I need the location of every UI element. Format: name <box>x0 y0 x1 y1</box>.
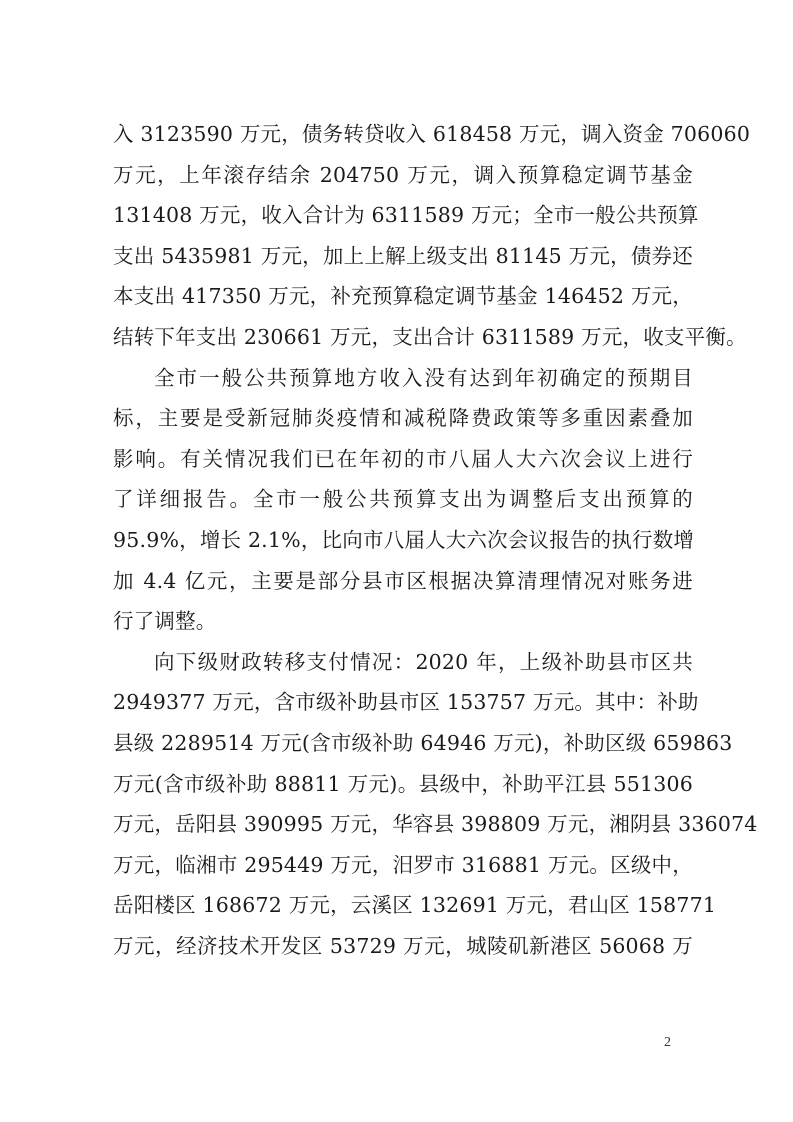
text-line: 万元，岳阳县 390995 万元，华容县 398809 万元，湘阴县 33607… <box>113 804 693 845</box>
text-line: 了详细报告。全市一般公共预算支出为调整后支出预算的 <box>113 479 693 520</box>
text-line: 影响。有关情况我们已在年初的市八届人大六次会议上进行 <box>113 439 693 480</box>
text-line: 本支出 417350 万元，补充预算稳定调节基金 146452 万元， <box>113 276 693 317</box>
text-line: 万元，临湘市 295449 万元，汨罗市 316881 万元。区级中， <box>113 845 693 886</box>
document-page: 入 3123590 万元，债务转贷收入 618458 万元，调入资金 70606… <box>0 0 793 1122</box>
paragraph-revenue-expenditure-summary: 入 3123590 万元，债务转贷收入 618458 万元，调入资金 70606… <box>113 114 693 358</box>
text-line: 岳阳楼区 168672 万元，云溪区 132691 万元，君山区 158771 <box>113 885 693 926</box>
text-line: 行了调整。 <box>113 601 693 642</box>
text-line: 结转下年支出 230661 万元，支出合计 6311589 万元，收支平衡。 <box>113 317 693 358</box>
text-line: 支出 5435981 万元，加上上解上级支出 81145 万元，债券还 <box>113 236 693 277</box>
text-line: 万元(含市级补助 88811 万元)。县级中，补助平江县 551306 <box>113 764 693 805</box>
text-line: 95.9%，增长 2.1%，比向市八届人大六次会议报告的执行数增 <box>113 520 693 561</box>
text-line: 县级 2289514 万元(含市级补助 64946 万元)，补助区级 65986… <box>113 723 693 764</box>
text-line: 万元，上年滚存结余 204750 万元，调入预算稳定调节基金 <box>113 155 693 196</box>
body-text: 入 3123590 万元，债务转贷收入 618458 万元，调入资金 70606… <box>113 114 693 966</box>
paragraph-transfer-payments: 向下级财政转移支付情况：2020 年，上级补助县市区共 2949377 万元，含… <box>113 642 693 967</box>
text-line: 标，主要是受新冠肺炎疫情和减税降费政策等多重因素叠加 <box>113 398 693 439</box>
text-line: 加 4.4 亿元，主要是部分县市区根据决算清理情况对账务进 <box>113 561 693 602</box>
paragraph-revenue-shortfall-explanation: 全市一般公共预算地方收入没有达到年初确定的预期目 标，主要是受新冠肺炎疫情和减税… <box>113 358 693 642</box>
page-number: 2 <box>664 1035 671 1051</box>
text-line: 全市一般公共预算地方收入没有达到年初确定的预期目 <box>113 358 693 399</box>
text-line: 万元，经济技术开发区 53729 万元，城陵矶新港区 56068 万 <box>113 926 693 967</box>
text-line: 向下级财政转移支付情况：2020 年，上级补助县市区共 <box>113 642 693 683</box>
text-line: 入 3123590 万元，债务转贷收入 618458 万元，调入资金 70606… <box>113 114 693 155</box>
text-line: 2949377 万元，含市级补助县市区 153757 万元。其中：补助 <box>113 682 693 723</box>
text-line: 131408 万元，收入合计为 6311589 万元；全市一般公共预算 <box>113 195 693 236</box>
